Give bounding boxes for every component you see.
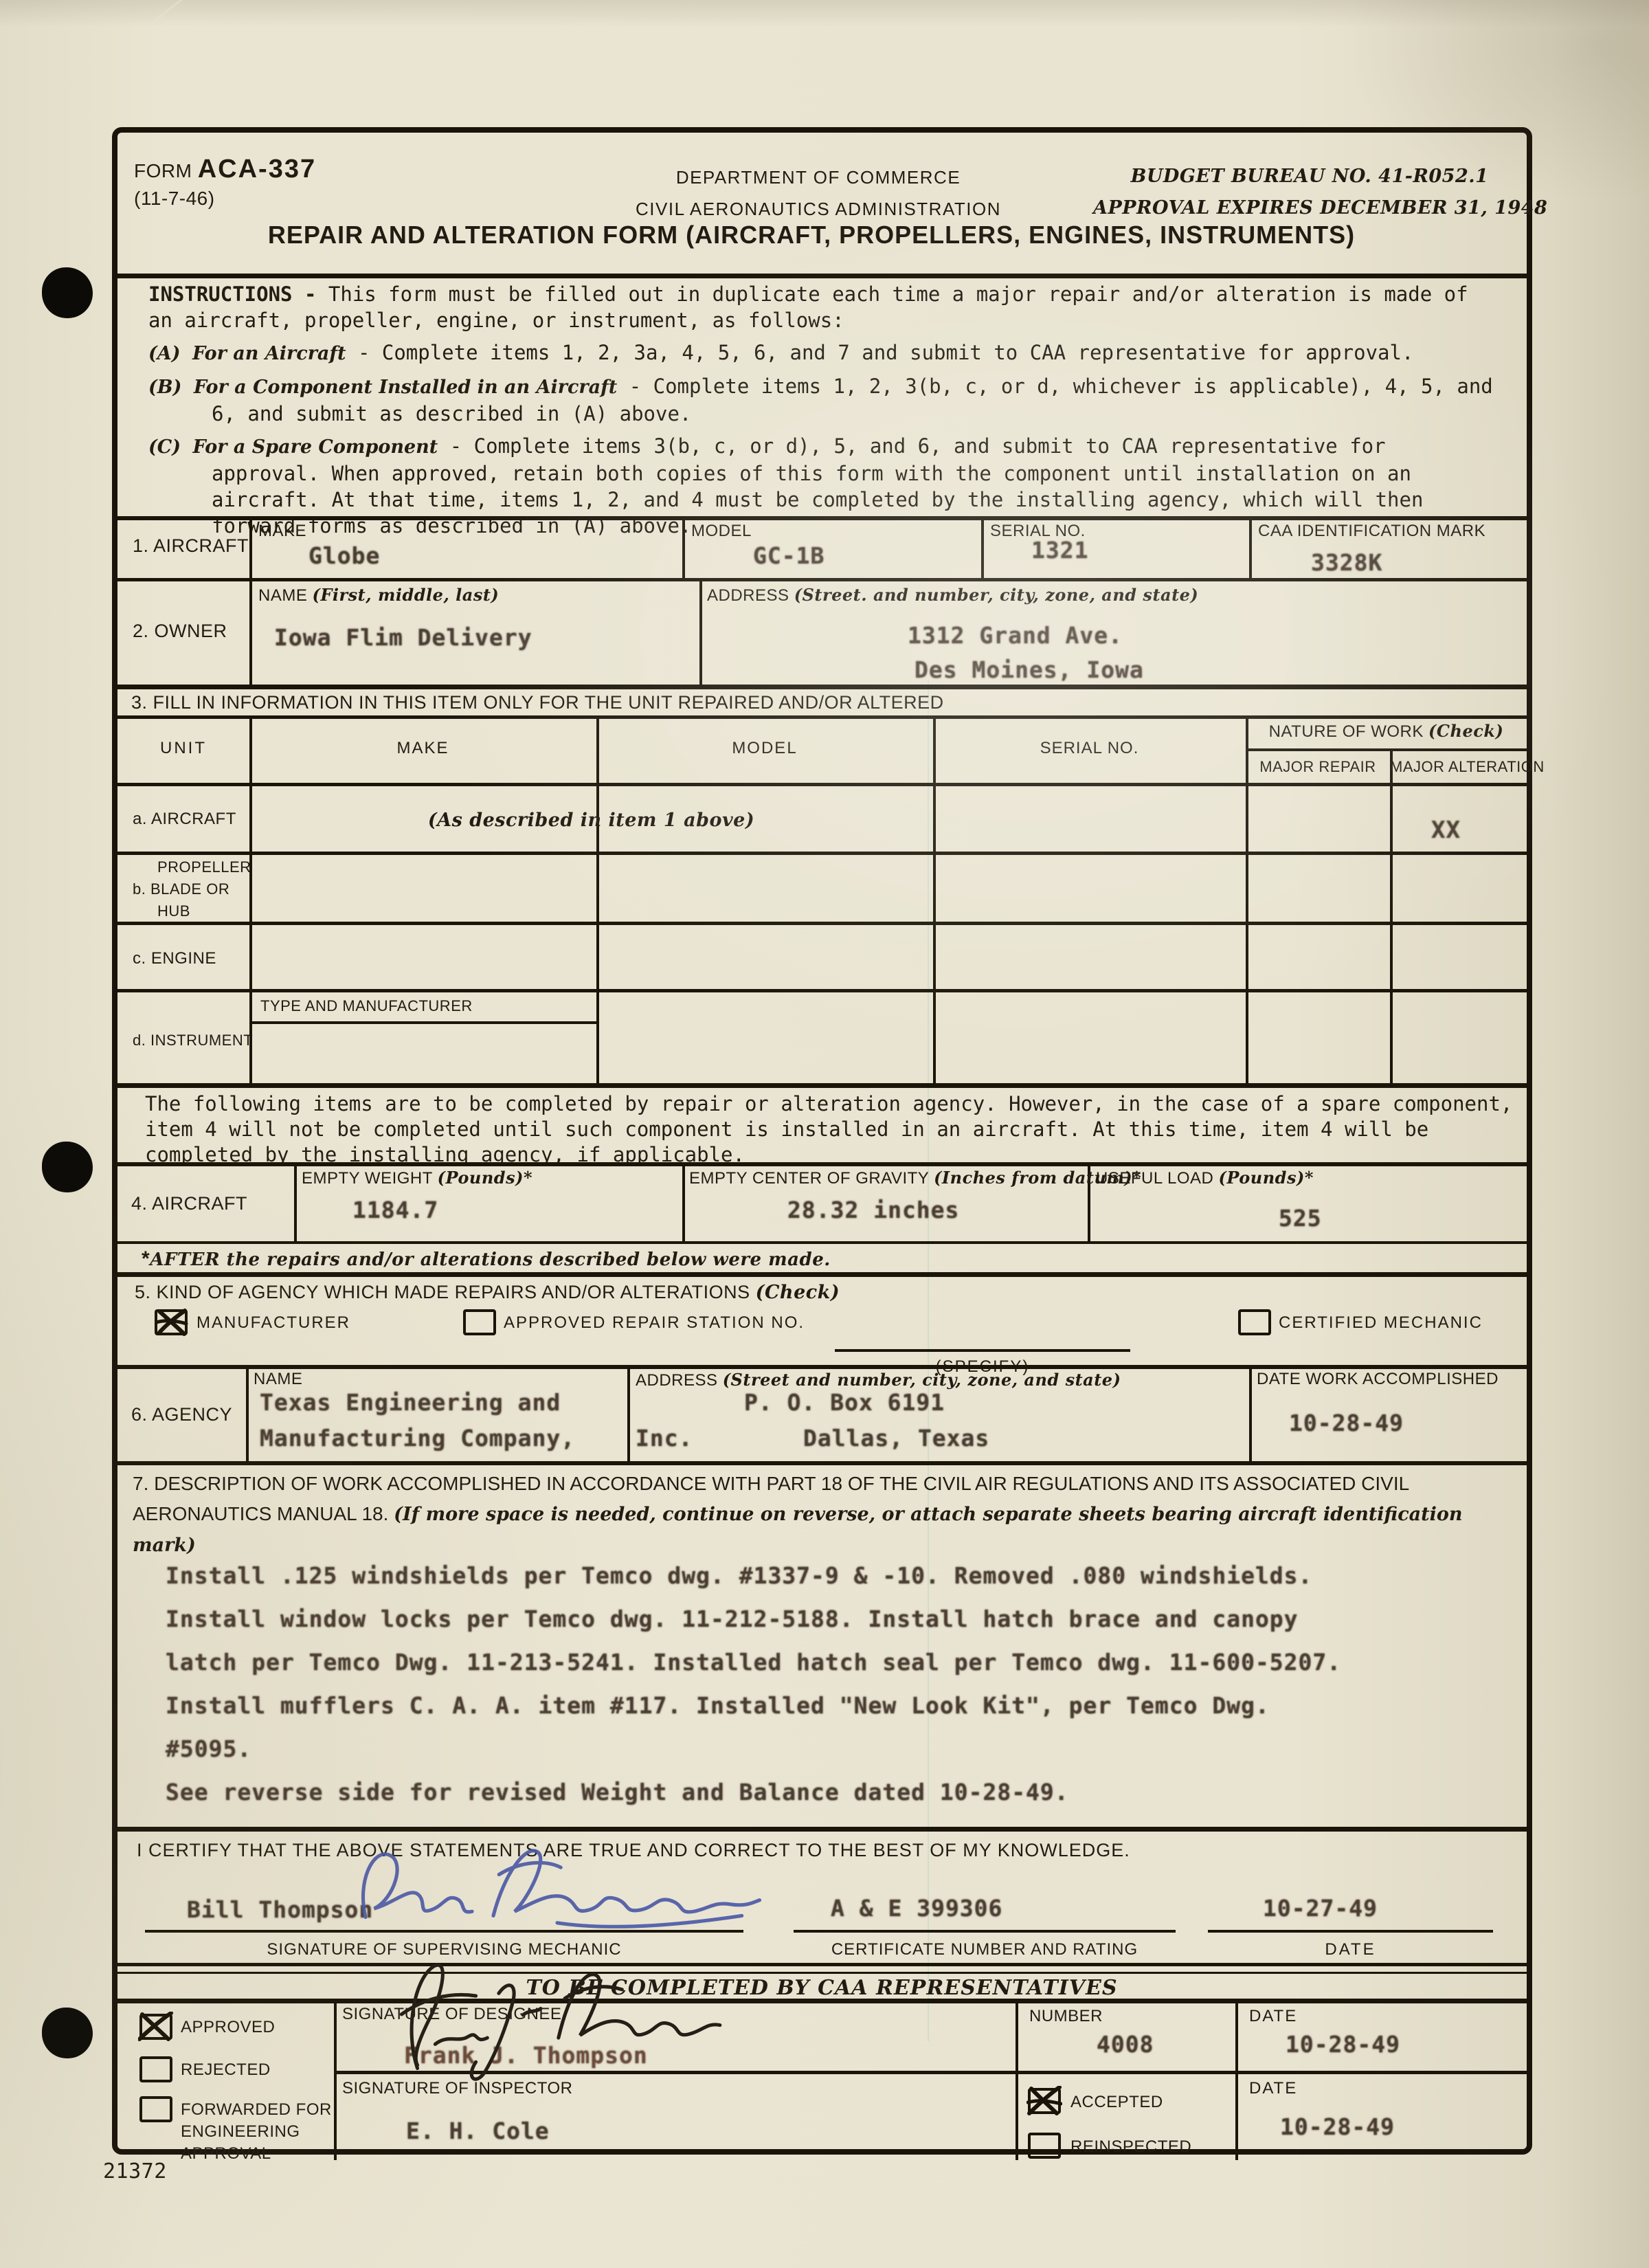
item4-footnote: *AFTER the repairs and/or alterations de… (142, 1247, 831, 1271)
rejected-label: REJECTED (181, 2060, 271, 2080)
accepted-checkbox (1028, 2088, 1061, 2114)
item1-model-label: MODEL (691, 522, 752, 541)
specify-line (835, 1349, 1130, 1352)
item6-name-suffix: Inc. (636, 1425, 693, 1452)
item4-empty-weight-label: EMPTY WEIGHT (Pounds)* (302, 1168, 532, 1188)
approved-checkbox (139, 2014, 172, 2040)
divider (117, 989, 1527, 992)
instruction-item-b: (B) For a Component Installed in an Airc… (148, 373, 1499, 427)
punch-hole (42, 267, 93, 318)
item6-address-line1: P. O. Box 6191 (744, 1389, 945, 1416)
form-revision: (11-7-46) (134, 188, 215, 210)
item1-label: 1. AIRCRAFT (133, 535, 249, 557)
description-line: latch per Temco Dwg. 11-213-5241. Instal… (166, 1649, 1512, 1676)
divider (117, 1963, 1527, 1966)
certificate-number-label: CERTIFICATE NUMBER AND RATING (794, 1940, 1176, 1959)
item1-serial-value: 1321 (1031, 537, 1088, 564)
item6-name-label: NAME (254, 1370, 302, 1389)
instructions-lead: INSTRUCTIONS - (148, 282, 316, 306)
number-label: NUMBER (1029, 2007, 1103, 2026)
grid-line (1235, 1999, 1238, 2160)
form-number: FORM ACA-337 (134, 155, 316, 184)
item1-make-value: Globe (309, 542, 380, 569)
item6-date-value: 10-28-49 (1289, 1410, 1404, 1436)
instructions-intro: INSTRUCTIONS - This form must be filled … (148, 281, 1499, 333)
aca-337-form: FORM ACA-337 (11-7-46) DEPARTMENT OF COM… (112, 127, 1532, 2155)
item1-make-label: MAKE (258, 522, 306, 541)
description-line: #5095. (166, 1735, 1512, 1762)
grid-line (981, 516, 984, 578)
grid-line (1249, 516, 1252, 578)
item3-header: 3. FILL IN INFORMATION IN THIS ITEM ONLY… (131, 692, 944, 713)
description-line: Install mufflers C. A. A. item #117. Ins… (166, 1692, 1512, 1719)
grid-line (246, 1365, 249, 1461)
description-line: Install .125 windshields per Temco dwg. … (166, 1562, 1512, 1589)
item3-col-major-alteration: MAJOR ALTERATION (1390, 758, 1527, 776)
item3-col-major-repair: MAJOR REPAIR (1246, 758, 1390, 776)
item3-col-nature: NATURE OF WORK (Check) (1246, 721, 1527, 742)
rejected-checkbox (139, 2056, 172, 2082)
item1-caa-mark-value: 3328K (1311, 549, 1382, 576)
divider (117, 1083, 1527, 1088)
grid-line (682, 516, 685, 578)
item3-row-b-label-line2: b. BLADE OR (133, 880, 229, 898)
item2-name-label: NAME (First, middle, last) (258, 585, 499, 605)
instruction-b-title: For a Component Installed in an Aircraft (194, 377, 617, 398)
page-stamp-number: 21372 (103, 2159, 167, 2183)
grid-line (682, 1162, 685, 1241)
divider (1246, 748, 1527, 751)
manufacturer-label: MANUFACTURER (197, 1313, 350, 1333)
x-mark-icon (1027, 2086, 1062, 2116)
certificate-number-value: A & E 399306 (831, 1895, 1002, 1922)
divider (117, 715, 1527, 719)
certified-mechanic-label: CERTIFIED MECHANIC (1279, 1313, 1483, 1333)
item4-label: 4. AIRCRAFT (131, 1193, 247, 1214)
item4-useful-load-label: USEFUL LOAD (Pounds)* (1096, 1168, 1314, 1188)
item3-col-serial: SERIAL NO. (933, 739, 1246, 758)
reinspected-label: REINSPECTED (1070, 2137, 1191, 2157)
inspector-date-label: DATE (1249, 2079, 1297, 2098)
grid-line (596, 715, 599, 1083)
instruction-item-a: (A) For an Aircraft - Complete items 1, … (148, 340, 1499, 367)
mechanic-signature-ink (344, 1830, 770, 1940)
form-title: REPAIR AND ALTERATION FORM (AIRCRAFT, PR… (172, 221, 1450, 249)
certified-mechanic-checkbox (1238, 1309, 1271, 1335)
divider (117, 1365, 1527, 1369)
item6-address-line2: Dallas, Texas (803, 1425, 989, 1452)
item2-address-label-detail: (Street. and number, city, zone, and sta… (794, 585, 1199, 605)
reinspected-checkbox (1028, 2133, 1061, 2159)
item1-caa-mark-label: CAA IDENTIFICATION MARK (1258, 522, 1485, 541)
item3-row-c-label: c. ENGINE (133, 949, 216, 968)
accepted-label: ACCEPTED (1070, 2093, 1163, 2112)
forwarded-label-line1: FORWARDED FOR (181, 2100, 332, 2120)
item4-useful-load-value: 525 (1279, 1205, 1322, 1232)
divider (117, 578, 1527, 581)
divider (117, 516, 1527, 520)
divider (117, 852, 1527, 855)
divider (117, 274, 1527, 278)
forwarded-checkbox (139, 2096, 172, 2122)
item2-name-label-detail: (First, middle, last) (313, 585, 500, 605)
divider (117, 1162, 1527, 1166)
grid-line (334, 1999, 337, 2160)
grid-line (249, 516, 252, 578)
item6-name-line2: Manufacturing Company, (260, 1425, 575, 1452)
item3-row-d-subheader: TYPE AND MANUFACTURER (260, 997, 473, 1015)
instruction-a-title: For an Aircraft (192, 343, 346, 364)
divider (117, 1827, 1527, 1832)
item3-row-b-label-line3: HUB (157, 902, 190, 920)
manufacturer-checkbox (155, 1309, 188, 1335)
item6-address-label: ADDRESS (Street and number, city, zone, … (636, 1370, 1121, 1390)
repair-station-checkbox (463, 1309, 496, 1335)
item2-address-line1: 1312 Grand Ave. (908, 622, 1123, 649)
forwarded-label-line3: APPROVAL (181, 2144, 271, 2164)
approval-expires-line: APPROVAL EXPIRES DECEMBER 31, 1948 (1093, 197, 1526, 219)
divider (117, 922, 1527, 925)
grid-line (699, 578, 702, 685)
mechanic-signature-line (145, 1930, 743, 1933)
item6-name-line1: Texas Engineering and (260, 1389, 561, 1416)
item3-row-a-alteration-mark: XX (1431, 816, 1461, 844)
item2-name-value: Iowa Flim Delivery (274, 624, 532, 651)
divider (117, 1972, 1527, 1974)
item1-model-value: GC-1B (753, 542, 824, 569)
description-line: Install window locks per Temco dwg. 11-2… (166, 1605, 1512, 1632)
grid-line (1390, 748, 1393, 1083)
certification-date-line (1208, 1930, 1493, 1933)
repair-station-label: APPROVED REPAIR STATION NO. (504, 1313, 805, 1333)
item2-label: 2. OWNER (133, 621, 227, 642)
item5-header: 5. KIND OF AGENCY WHICH MADE REPAIRS AND… (135, 1282, 840, 1303)
divider (117, 1999, 1527, 2003)
item7-header: 7. DESCRIPTION OF WORK ACCOMPLISHED IN A… (133, 1469, 1521, 1561)
designee-date-label: DATE (1249, 2007, 1297, 2026)
divider (117, 1272, 1527, 1277)
certificate-line (794, 1930, 1176, 1933)
item3-row-a-note: (As described in item 1 above) (249, 810, 933, 831)
item4-empty-weight-value: 1184.7 (352, 1197, 438, 1223)
designee-signature-ink (358, 1954, 756, 2081)
grid-line (249, 715, 252, 1083)
certification-date-label: DATE (1208, 1940, 1493, 1959)
inspector-typed-name: E. H. Cole (406, 2117, 550, 2144)
x-mark-icon (153, 1307, 189, 1337)
divider (117, 783, 1527, 786)
item2-address-line2: Des Moines, Iowa (915, 656, 1144, 683)
item3-col-make: MAKE (249, 739, 596, 758)
scanned-form-page: 21372 FORM ACA-337 (11-7-46) DEPARTMENT … (0, 0, 1649, 2268)
item3-col-model: MODEL (596, 739, 933, 758)
inspector-signature-label: SIGNATURE OF INSPECTOR (342, 2079, 572, 2098)
grid-line (294, 1162, 297, 1241)
item3-row-d-label: d. INSTRUMENT (133, 1032, 253, 1049)
item6-address-label-detail: (Street and number, city, zone, and stat… (723, 1370, 1121, 1390)
grid-line (933, 715, 936, 1083)
divider (117, 1461, 1527, 1465)
paper-crease (144, 0, 373, 29)
certification-date-value: 10-27-49 (1263, 1895, 1378, 1922)
item3-row-b-label-line1: PROPELLER (157, 858, 251, 876)
item2-address-label: ADDRESS (Street. and number, city, zone,… (707, 585, 1198, 605)
reverse-side-note: See reverse side for revised Weight and … (166, 1779, 1069, 1805)
divider (249, 1021, 596, 1024)
approved-label: APPROVED (181, 2018, 275, 2037)
item7-description: Install .125 windshields per Temco dwg. … (166, 1562, 1512, 1696)
x-mark-icon (138, 2012, 174, 2042)
divider (117, 685, 1527, 689)
form-number-value: ACA-337 (198, 155, 316, 184)
item4-cg-label: EMPTY CENTER OF GRAVITY (Inches from dat… (689, 1168, 1141, 1188)
instructions-block: INSTRUCTIONS - This form must be filled … (148, 281, 1499, 545)
item4-cg-value: 28.32 inches (787, 1197, 959, 1223)
forwarded-label-line2: ENGINEERING (181, 2122, 300, 2142)
grid-line (249, 578, 252, 685)
instruction-c-title: For a Spare Component (193, 436, 438, 458)
grid-line (627, 1365, 630, 1461)
number-value: 4008 (1097, 2031, 1154, 2058)
administration-line: CIVIL AERONAUTICS ADMINISTRATION (598, 199, 1038, 220)
department-line: DEPARTMENT OF COMMERCE (598, 167, 1038, 188)
grid-line (1016, 1999, 1018, 2160)
designee-date-value: 10-28-49 (1286, 2031, 1400, 2058)
item6-date-label: DATE WORK ACCOMPLISHED (1257, 1370, 1499, 1389)
budget-bureau-line: BUDGET BUREAU NO. 41-R052.1 (1093, 166, 1526, 187)
item3-col-nature-check: (Check) (1428, 721, 1503, 741)
inspector-date-value: 10-28-49 (1280, 2113, 1395, 2140)
item6-label: 6. AGENCY (131, 1404, 232, 1425)
divider (117, 1241, 1527, 1244)
item3-col-unit: UNIT (117, 739, 249, 758)
grid-line (1249, 1365, 1252, 1461)
punch-hole (42, 2008, 93, 2058)
item4-note: The following items are to be completed … (145, 1091, 1516, 1174)
item3-row-a-label: a. AIRCRAFT (133, 810, 236, 829)
punch-hole (42, 1142, 93, 1192)
